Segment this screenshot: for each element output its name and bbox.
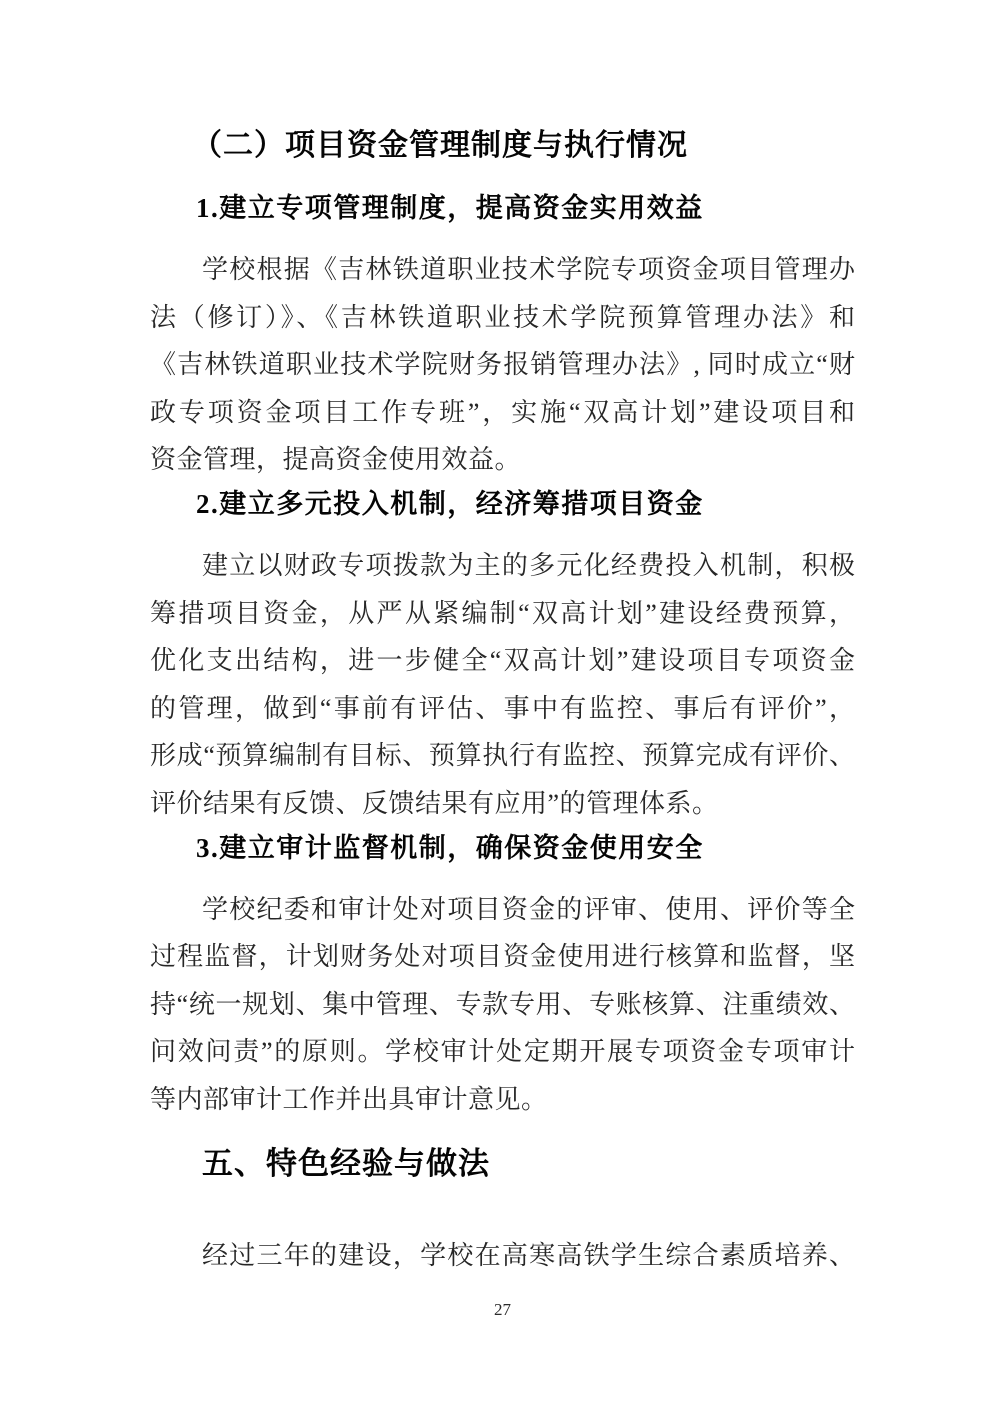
paragraph-line: 等内部审计工作并出具审计意见。 [150,1076,855,1124]
paragraph-line: 优化支出结构，进一步健全“双高计划”建设项目专项资金 [150,637,855,685]
paragraph-line: 持“统一规划、集中管理、专款专用、专账核算、注重绩效、 [150,981,855,1029]
paragraph-4: 经过三年的建设，学校在高寒高铁学生综合素质培养、 [150,1232,855,1280]
paragraph-line: 《吉林铁道职业技术学院财务报销管理办法》, 同时成立“财 [150,341,855,389]
paragraph-line: 评价结果有反馈、反馈结果有应用”的管理体系。 [150,780,855,828]
page-content: （二）项目资金管理制度与执行情况 1.建立专项管理制度，提高资金实用效益 学校根… [0,0,993,1321]
paragraph-line: 学校根据《吉林铁道职业技术学院专项资金项目管理办 [150,246,855,294]
paragraph-line: 筹措项目资金，从严从紧编制“双高计划”建设经费预算， [150,590,855,638]
paragraph-line: 经过三年的建设，学校在高寒高铁学生综合素质培养、 [150,1232,855,1280]
subheading-1-special-management-system: 1.建立专项管理制度，提高资金实用效益 [150,188,855,228]
document-page: （二）项目资金管理制度与执行情况 1.建立专项管理制度，提高资金实用效益 学校根… [0,0,993,1404]
paragraph-line: 政专项资金项目工作专班”，实施“双高计划”建设项目和 [150,389,855,437]
paragraph-2: 建立以财政专项拨款为主的多元化经费投入机制，积极 筹措项目资金，从严从紧编制“双… [150,542,855,828]
subheading-3-audit-supervision-mechanism: 3.建立审计监督机制，确保资金使用安全 [150,828,855,868]
section-heading-funds-management: （二）项目资金管理制度与执行情况 [150,126,855,166]
chapter-heading-5-experience: 五、特色经验与做法 [150,1144,855,1184]
paragraph-1: 学校根据《吉林铁道职业技术学院专项资金项目管理办 法（修订）》、《吉林铁道职业技… [150,246,855,484]
paragraph-line: 的管理，做到“事前有评估、事中有监控、事后有评价”， [150,685,855,733]
paragraph-line: 建立以财政专项拨款为主的多元化经费投入机制，积极 [150,542,855,590]
paragraph-line: 问效问责”的原则。学校审计处定期开展专项资金专项审计 [150,1028,855,1076]
paragraph-3: 学校纪委和审计处对项目资金的评审、使用、评价等全 过程监督，计划财务处对项目资金… [150,886,855,1124]
paragraph-line: 学校纪委和审计处对项目资金的评审、使用、评价等全 [150,886,855,934]
paragraph-line: 过程监督，计划财务处对项目资金使用进行核算和监督，坚 [150,933,855,981]
subheading-2-multi-input-mechanism: 2.建立多元投入机制，经济筹措项目资金 [150,484,855,524]
page-number: 27 [150,1299,855,1321]
paragraph-line: 法（修订）》、《吉林铁道职业技术学院预算管理办法》和 [150,294,855,342]
paragraph-line: 形成“预算编制有目标、预算执行有监控、预算完成有评价、 [150,732,855,780]
paragraph-line: 资金管理，提高资金使用效益。 [150,436,855,484]
